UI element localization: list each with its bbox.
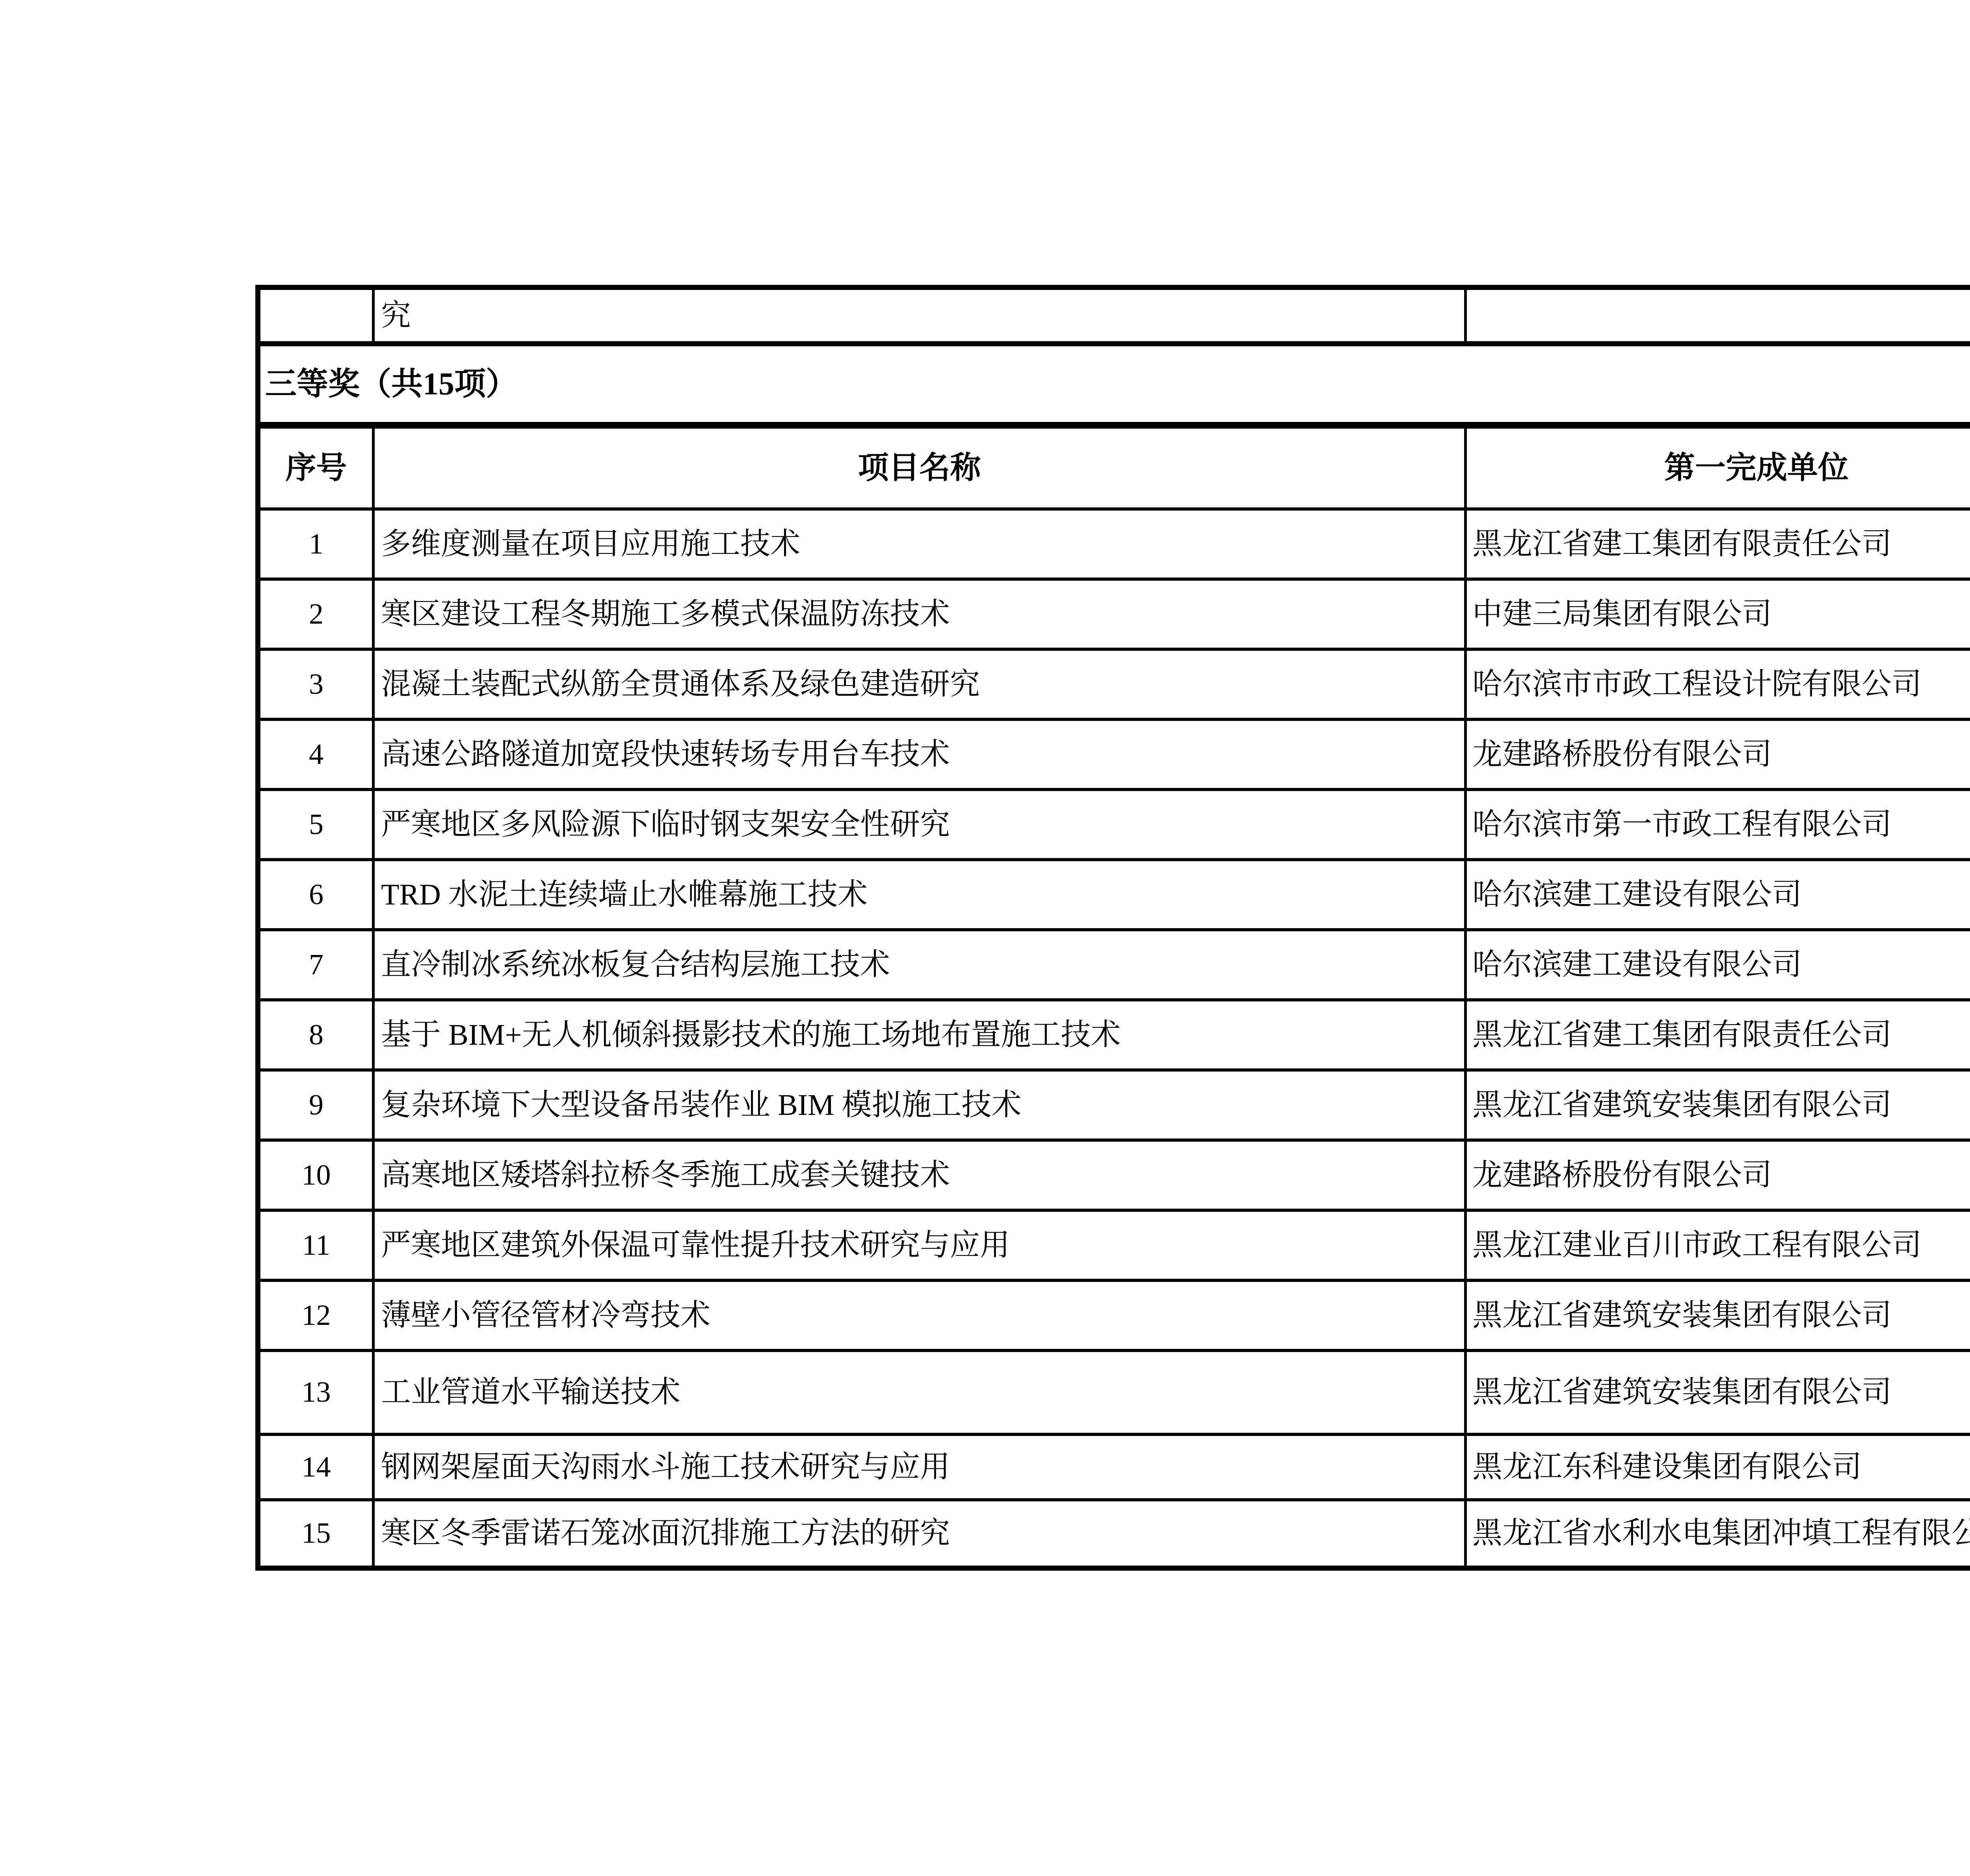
project-name: 严寒地区多风险源下临时钢支架安全性研究	[374, 789, 1466, 860]
table-row: 1 多维度测量在项目应用施工技术 黑龙江省建工集团有限责任公司 王威 科技进步类	[258, 509, 1970, 579]
row-number: 6	[258, 860, 374, 930]
row-number: 15	[258, 1500, 374, 1568]
first-unit: 哈尔滨建工建设有限公司	[1466, 930, 1970, 1000]
document-page: { "page": { "background": "#ffffff", "bo…	[0, 0, 1970, 1876]
project-name: 混凝土装配式纵筋全贯通体系及绿色建造研究	[374, 649, 1466, 719]
continuation-text: 究	[374, 288, 1466, 344]
table-row: 7 直冷制冰系统冰板复合结构层施工技术 哈尔滨建工建设有限公司 丛晓辉 科技进步…	[258, 930, 1970, 1000]
table-row: 11 严寒地区建筑外保温可靠性提升技术研究与应用 黑龙江建业百川市政工程有限公司…	[258, 1210, 1970, 1280]
first-unit: 中建三局集团有限公司	[1466, 579, 1970, 649]
table-row: 6 TRD 水泥土连续墙止水帷幕施工技术 哈尔滨建工建设有限公司 赵 权 科技进…	[258, 860, 1970, 930]
awards-table: 究 三等奖（共15项） 序号 项目名称 第一完成单位 第一完成人 类别 1 多维…	[255, 285, 1970, 1571]
header-unit: 第一完成单位	[1466, 425, 1970, 509]
row-number: 3	[258, 649, 374, 719]
row-number: 13	[258, 1350, 374, 1434]
first-unit: 哈尔滨市第一市政工程有限公司	[1466, 789, 1970, 860]
table-row: 13 工业管道水平输送技术 黑龙江省建筑安装集团有限公司 王海云 科技进步类	[258, 1350, 1970, 1434]
first-unit: 黑龙江省建工集团有限责任公司	[1466, 509, 1970, 579]
row-number: 12	[258, 1280, 374, 1350]
header-no: 序号	[258, 425, 374, 509]
table-row: 4 高速公路隧道加宽段快速转场专用台车技术 龙建路桥股份有限公司 柳斌 科技进步…	[258, 719, 1970, 789]
table-row: 2 寒区建设工程冬期施工多模式保温防冻技术 中建三局集团有限公司 房明英 科技进…	[258, 579, 1970, 649]
project-name: 严寒地区建筑外保温可靠性提升技术研究与应用	[374, 1210, 1466, 1280]
project-name: 高寒地区矮塔斜拉桥冬季施工成套关键技术	[374, 1140, 1466, 1210]
row-number: 14	[258, 1434, 374, 1500]
first-unit: 哈尔滨市市政工程设计院有限公司	[1466, 649, 1970, 719]
project-name: 复杂环境下大型设备吊装作业 BIM 模拟施工技术	[374, 1070, 1466, 1140]
table-row: 10 高寒地区矮塔斜拉桥冬季施工成套关键技术 龙建路桥股份有限公司 黄伟修 科技…	[258, 1140, 1970, 1210]
table-row: 3 混凝土装配式纵筋全贯通体系及绿色建造研究 哈尔滨市市政工程设计院有限公司 郭…	[258, 649, 1970, 719]
row-number: 11	[258, 1210, 374, 1280]
project-name: 寒区冬季雷诺石笼冰面沉排施工方法的研究	[374, 1500, 1466, 1568]
section-row: 三等奖（共15项）	[258, 344, 1970, 425]
project-name: 薄壁小管径管材冷弯技术	[374, 1280, 1466, 1350]
continuation-empty-seq	[258, 288, 374, 344]
first-unit: 黑龙江省建筑安装集团有限公司	[1466, 1280, 1970, 1350]
project-name: 高速公路隧道加宽段快速转场专用台车技术	[374, 719, 1466, 789]
first-unit: 黑龙江东科建设集团有限公司	[1466, 1434, 1970, 1500]
row-number: 9	[258, 1070, 374, 1140]
project-name: 多维度测量在项目应用施工技术	[374, 509, 1466, 579]
continuation-empty-unit	[1466, 288, 1970, 344]
row-number: 1	[258, 509, 374, 579]
first-unit: 黑龙江建业百川市政工程有限公司	[1466, 1210, 1970, 1280]
header-project: 项目名称	[374, 425, 1466, 509]
project-name: 寒区建设工程冬期施工多模式保温防冻技术	[374, 579, 1466, 649]
first-unit: 龙建路桥股份有限公司	[1466, 719, 1970, 789]
project-name: 直冷制冰系统冰板复合结构层施工技术	[374, 930, 1466, 1000]
first-unit: 黑龙江省建筑安装集团有限公司	[1466, 1070, 1970, 1140]
first-unit: 龙建路桥股份有限公司	[1466, 1140, 1970, 1210]
row-number: 5	[258, 789, 374, 860]
row-number: 2	[258, 579, 374, 649]
project-name: 钢网架屋面天沟雨水斗施工技术研究与应用	[374, 1434, 1466, 1500]
table-row: 12 薄壁小管径管材冷弯技术 黑龙江省建筑安装集团有限公司 郭兆伟 科技进步类	[258, 1280, 1970, 1350]
table-row: 5 严寒地区多风险源下临时钢支架安全性研究 哈尔滨市第一市政工程有限公司 姚天宇…	[258, 789, 1970, 860]
table-row: 14 钢网架屋面天沟雨水斗施工技术研究与应用 黑龙江东科建设集团有限公司 王海荣…	[258, 1434, 1970, 1500]
table-row: 15 寒区冬季雷诺石笼冰面沉排施工方法的研究 黑龙江省水利水电集团冲填工程有限公…	[258, 1500, 1970, 1568]
project-name: TRD 水泥土连续墙止水帷幕施工技术	[374, 860, 1466, 930]
project-name: 工业管道水平输送技术	[374, 1350, 1466, 1434]
header-row: 序号 项目名称 第一完成单位 第一完成人 类别	[258, 425, 1970, 509]
first-unit: 黑龙江省建筑安装集团有限公司	[1466, 1350, 1970, 1434]
row-number: 10	[258, 1140, 374, 1210]
table-row: 9 复杂环境下大型设备吊装作业 BIM 模拟施工技术 黑龙江省建筑安装集团有限公…	[258, 1070, 1970, 1140]
row-number: 8	[258, 1000, 374, 1070]
row-number: 4	[258, 719, 374, 789]
first-unit: 黑龙江省水利水电集团冲填工程有限公司	[1466, 1500, 1970, 1568]
section-title: 三等奖（共15项）	[258, 344, 1970, 425]
row-number: 7	[258, 930, 374, 1000]
first-unit: 黑龙江省建工集团有限责任公司	[1466, 1000, 1970, 1070]
first-unit: 哈尔滨建工建设有限公司	[1466, 860, 1970, 930]
continuation-row: 究	[258, 288, 1970, 344]
page-background: 究 三等奖（共15项） 序号 项目名称 第一完成单位 第一完成人 类别 1 多维…	[0, 0, 1970, 1876]
project-name: 基于 BIM+无人机倾斜摄影技术的施工场地布置施工技术	[374, 1000, 1466, 1070]
table-row: 8 基于 BIM+无人机倾斜摄影技术的施工场地布置施工技术 黑龙江省建工集团有限…	[258, 1000, 1970, 1070]
